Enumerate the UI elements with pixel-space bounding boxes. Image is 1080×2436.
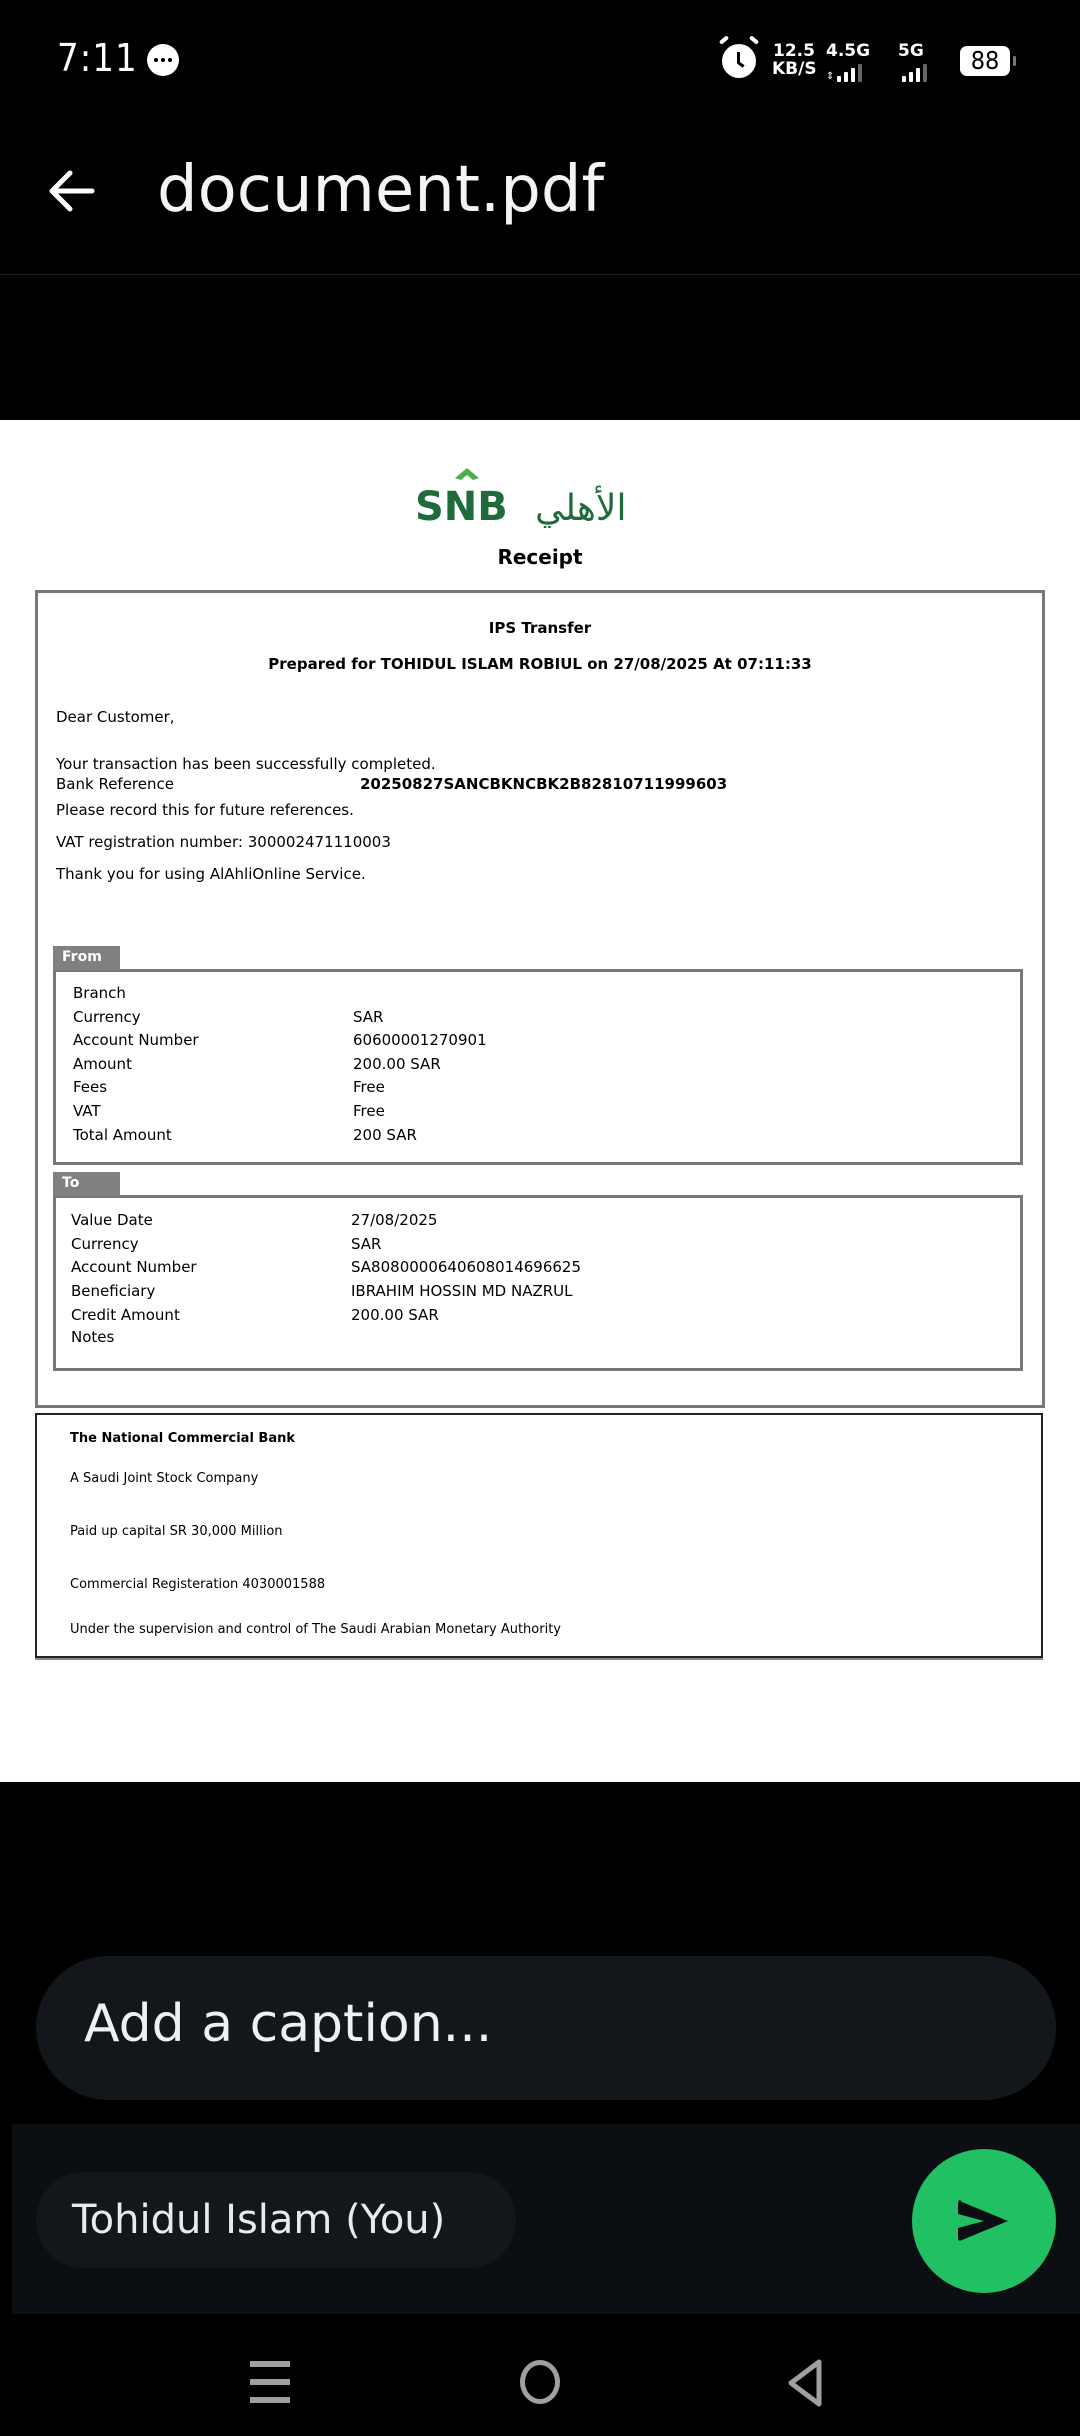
prepared-for: Prepared for TOHIDUL ISLAM ROBIUL on 27/… <box>38 655 1042 673</box>
send-arrow-icon <box>954 2196 1014 2246</box>
from-row: Account Number60600001270901 <box>73 1031 199 1049</box>
from-row: FeesFree <box>73 1078 107 1096</box>
record-message: Please record this for future references… <box>56 801 354 819</box>
to-row: Credit Amount200.00 SAR <box>71 1306 180 1324</box>
battery-icon: 88 <box>960 46 1010 76</box>
recipient-chip[interactable]: Tohidul Islam (You) <box>36 2172 516 2268</box>
from-row: Total Amount200 SAR <box>73 1126 172 1144</box>
caption-input[interactable] <box>84 1994 984 2054</box>
send-bar: Tohidul Islam (You) <box>12 2124 1080 2314</box>
to-row: CurrencySAR <box>71 1235 139 1253</box>
receipt-title: Receipt <box>0 545 1080 569</box>
network-speed: 12.5 KB/S <box>772 42 816 78</box>
app-bar: document.pdf <box>0 125 1080 275</box>
from-row: VATFree <box>73 1102 101 1120</box>
bank-footer: The National Commercial Bank A Saudi Joi… <box>35 1413 1043 1658</box>
back-triangle-icon[interactable] <box>785 2358 825 2408</box>
svg-text:SNB: SNB <box>415 484 508 528</box>
document-title: document.pdf <box>157 153 604 227</box>
message-bubble-icon <box>147 44 179 76</box>
network-speed-value: 12.5 <box>773 41 815 61</box>
to-row: Notes <box>71 1328 114 1346</box>
thanks-message: Thank you for using AlAhliOnline Service… <box>56 865 366 883</box>
system-nav-bar <box>0 2316 1080 2436</box>
transfer-heading: IPS Transfer <box>38 619 1042 637</box>
home-icon[interactable] <box>520 2360 560 2404</box>
logo-arabic: الأهلي <box>535 485 626 528</box>
sim2-signal: 5G <box>898 42 924 60</box>
footer-bank-name: The National Commercial Bank <box>70 1431 295 1446</box>
greeting: Dear Customer, <box>56 708 175 726</box>
signal-bars-icon <box>902 64 927 82</box>
sim2-network-label: 5G <box>898 42 924 60</box>
vat-registration: VAT registration number: 300002471110003 <box>56 833 391 851</box>
recipient-name: Tohidul Islam (You) <box>72 2197 445 2243</box>
sim1-network-label: 4.5G <box>826 42 870 60</box>
recents-icon[interactable] <box>250 2361 290 2403</box>
arrow-left-icon[interactable] <box>46 165 98 217</box>
footer-registration: Commercial Registeration 4030001588 <box>70 1577 325 1592</box>
network-speed-unit: KB/S <box>772 59 817 79</box>
from-section: From Branch CurrencySAR Account Number60… <box>53 969 1023 1165</box>
footer-capital: Paid up capital SR 30,000 Million <box>70 1524 283 1539</box>
to-section: To Value Date27/08/2025 CurrencySAR Acco… <box>53 1195 1023 1371</box>
status-bar: 7:11 12.5 KB/S 4.5G ⇕ 5G 88 <box>0 0 1080 125</box>
bank-reference-value: 20250827SANCBKNCBK2B82810711999603 <box>360 775 727 793</box>
alarm-clock-icon <box>722 44 756 78</box>
from-tab-label: From <box>53 946 120 970</box>
transfer-details-box: IPS Transfer Prepared for TOHIDUL ISLAM … <box>35 590 1045 1408</box>
signal-bars-icon: ⇕ <box>826 64 862 82</box>
to-row: Value Date27/08/2025 <box>71 1211 153 1229</box>
to-row: BeneficiaryIBRAHIM HOSSIN MD NAZRUL <box>71 1282 155 1300</box>
to-row: Account NumberSA8080000640608014696625 <box>71 1258 197 1276</box>
bank-reference-label: Bank Reference <box>56 775 174 793</box>
send-button[interactable] <box>912 2149 1056 2293</box>
footer-company-type: A Saudi Joint Stock Company <box>70 1471 258 1486</box>
footer-supervision: Under the supervision and control of The… <box>70 1622 561 1637</box>
pdf-page: SNB الأهلي Receipt IPS Transfer Prepared… <box>0 420 1080 1782</box>
success-message: Your transaction has been successfully c… <box>56 755 436 773</box>
snb-logo: SNB الأهلي <box>415 468 640 528</box>
status-time: 7:11 <box>57 36 138 80</box>
from-row: Amount200.00 SAR <box>73 1055 132 1073</box>
caption-field[interactable] <box>36 1956 1056 2100</box>
to-tab-label: To <box>53 1172 120 1196</box>
from-row: CurrencySAR <box>73 1008 141 1026</box>
sim1-signal: 4.5G ⇕ <box>826 42 870 60</box>
from-row: Branch <box>73 984 126 1002</box>
